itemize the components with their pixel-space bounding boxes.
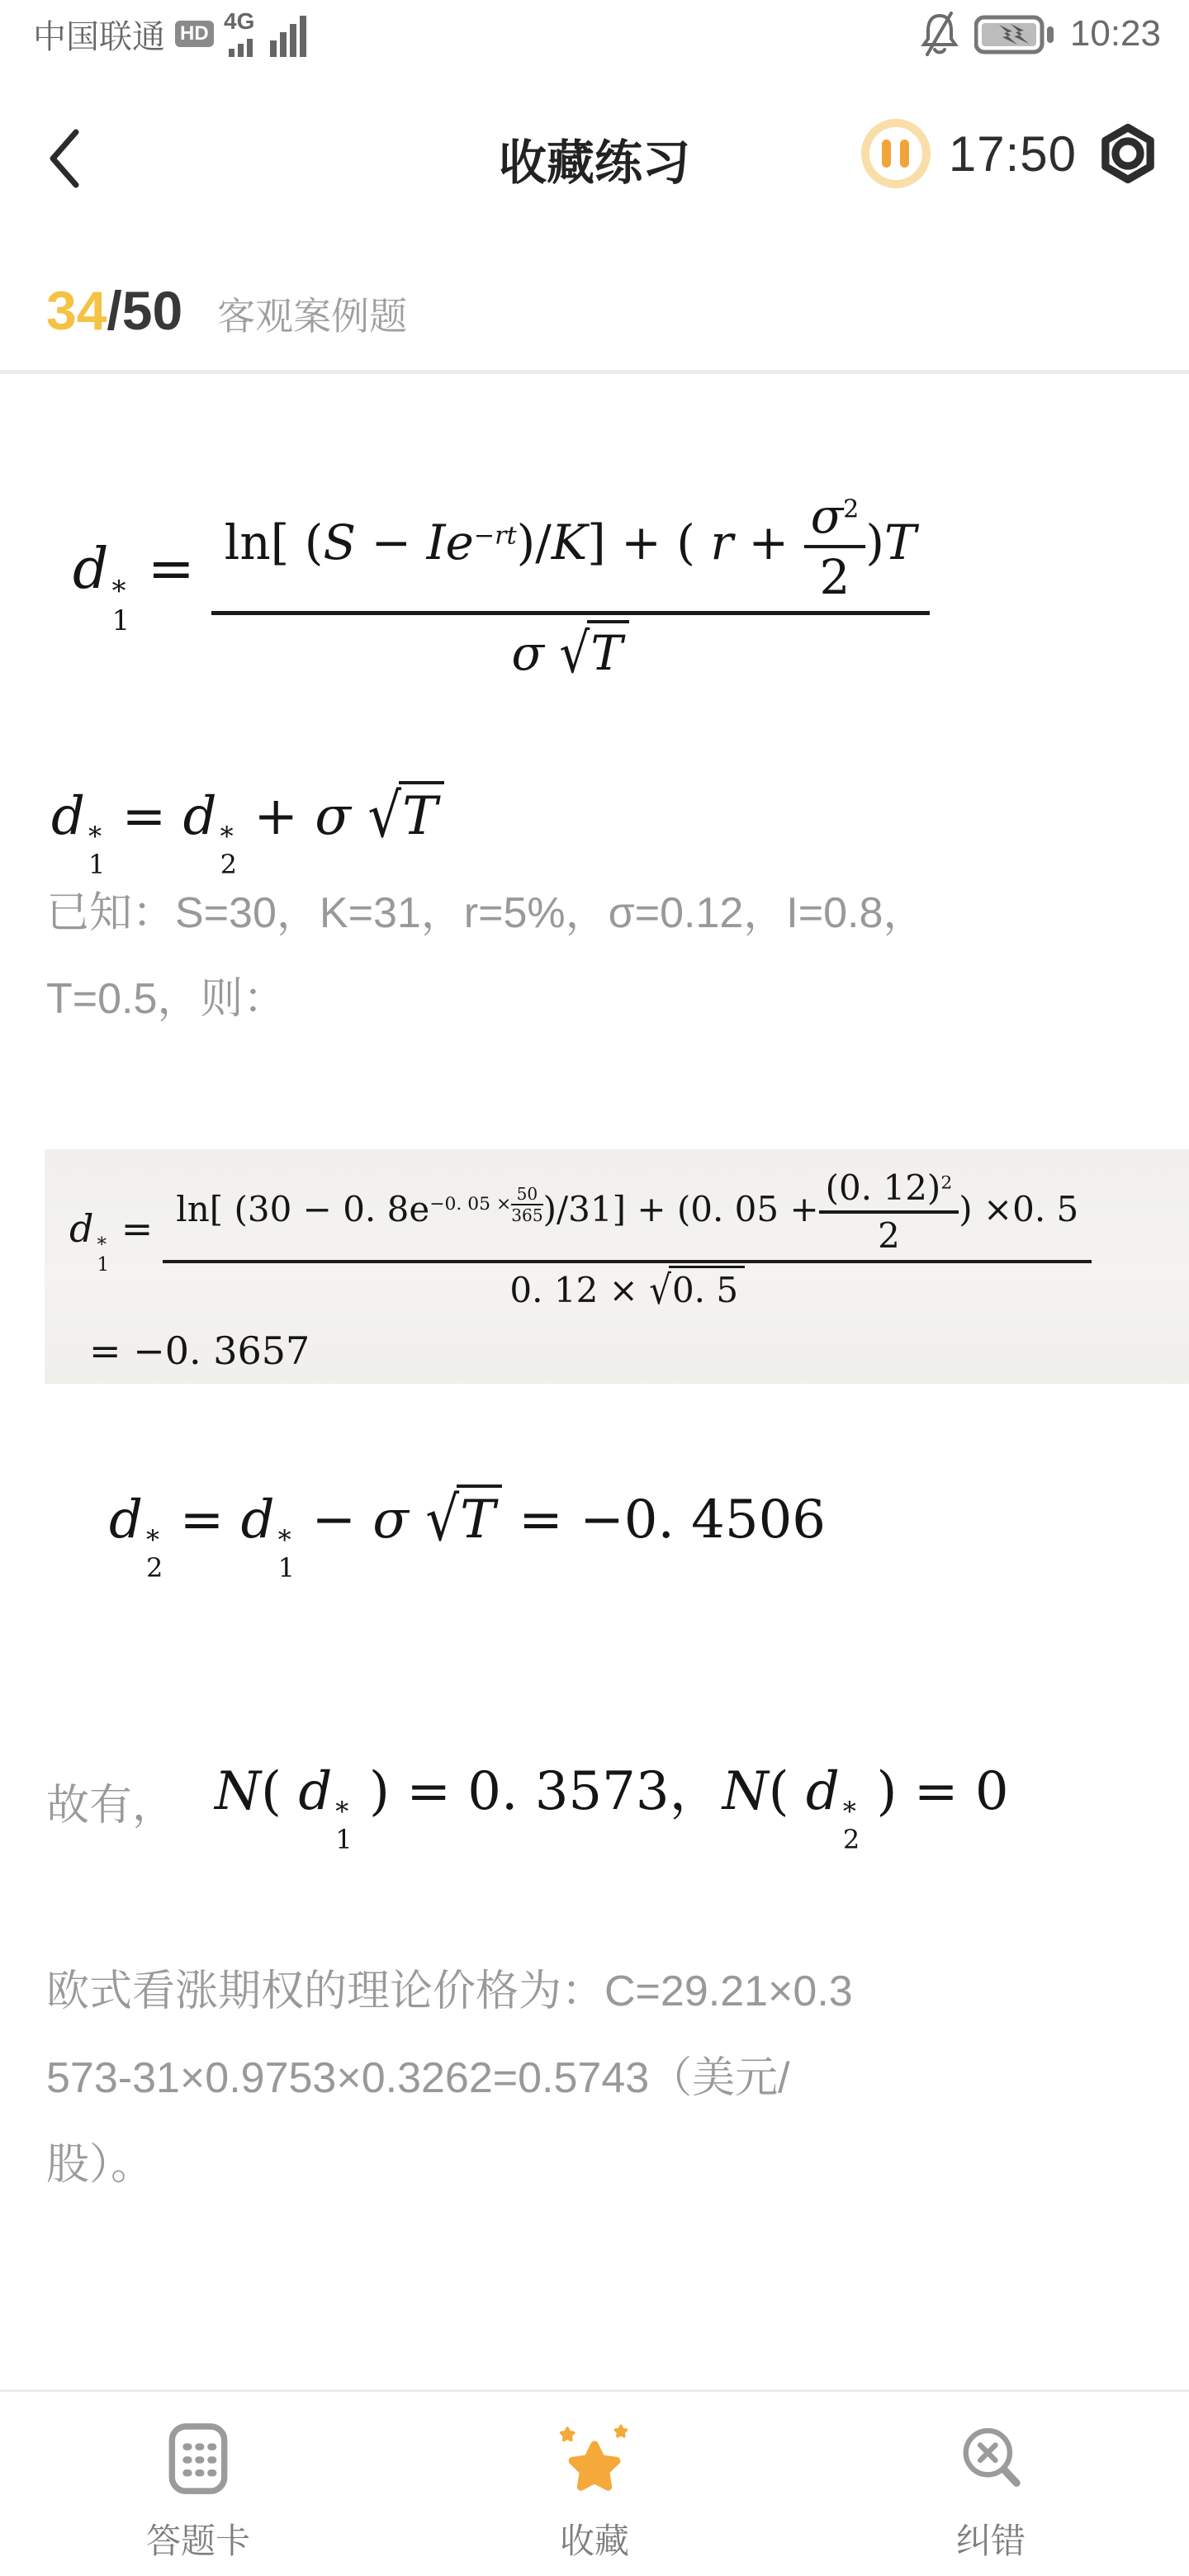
f1-eq: = (148, 537, 195, 602)
scan-p3: ) ×0. 5 (959, 1189, 1078, 1229)
f1-m1: )/ (517, 514, 552, 571)
pause-icon (882, 140, 891, 168)
f4-substack2: *2 (843, 1798, 860, 1854)
scan-d: d (69, 1206, 93, 1251)
radical-sign: √ (559, 621, 590, 685)
scan-p2: )/31] + (0. 05 + (543, 1189, 819, 1229)
f4-d1: d (298, 1761, 332, 1822)
f3-d1: d (241, 1489, 275, 1551)
tab-correction[interactable]: 纠错 (793, 2392, 1189, 2576)
scan-exp-num: 50 (511, 1186, 542, 1205)
f1-m2: ] + ( (587, 514, 710, 571)
scan-denominator: 0. 12 × √0. 5 (163, 1263, 1092, 1310)
f3-substack: *2 (146, 1527, 163, 1582)
f3-d2: d (109, 1489, 143, 1551)
f2-radicand: T (402, 786, 438, 847)
progress-row: 34 /50 客观案例题 (46, 279, 407, 342)
f2-sup1: * (88, 823, 105, 851)
carrier-label: 中国联通 (33, 11, 165, 58)
notification-muted-bell-icon (918, 9, 961, 59)
f4-substack1: *1 (335, 1798, 352, 1854)
f4-po2: ( (769, 1761, 806, 1822)
given-line-2: T=0.5，则： (46, 956, 926, 1042)
given-values-text: 已知：S=30，K=31，r=5%，σ=0.12，I=0.8， T=0.5，则： (46, 870, 926, 1042)
svg-text:4G: 4G (224, 8, 254, 34)
radical-sign: √ (649, 1267, 671, 1313)
f1-sigma-exp: 2 (843, 495, 859, 523)
f1-substack: *1 (112, 577, 130, 636)
f3-radicand: T (460, 1489, 495, 1551)
radical-sign: √ (425, 1485, 459, 1555)
scan-if-den: 2 (819, 1214, 959, 1253)
f4-po1: ( (261, 1761, 298, 1822)
question-type-label: 客观案例题 (217, 286, 407, 341)
f2-d2: d (183, 786, 217, 847)
answer-card-icon (164, 2422, 232, 2496)
battery-charging-icon (974, 12, 1057, 56)
radical-sign: √ (367, 781, 401, 851)
scan-result: = −0. 3657 (89, 1328, 1189, 1373)
f4-sup2: * (843, 1798, 860, 1826)
f2-plus: + (253, 786, 315, 847)
tab-favorite-label: 收藏 (560, 2514, 629, 2564)
clock-label: 10:23 (1070, 13, 1161, 54)
tab-answer-card-label: 答题卡 (146, 2514, 250, 2564)
f1-d: d (73, 537, 109, 602)
scan-if-exp: 2 (940, 1172, 952, 1193)
status-right: 10:23 (918, 9, 1161, 59)
given-line-1: 已知：S=30，K=31，r=5%，σ=0.12，I=0.8， (46, 870, 926, 956)
scan-radicand: 0. 5 (669, 1266, 745, 1310)
f1-denominator: σ √T (211, 615, 930, 681)
f4-sub1: 1 (335, 1826, 352, 1854)
conclusion-row: 故有， N( d*1 ) = 0. 3573，N( d*2 ) = 0 (46, 1749, 1189, 1854)
f1-fraction: ln[ (S − Ie−rt)/K] + ( r + σ22)T σ √T (211, 492, 930, 681)
scan-p1: ln[ (30 − 0. 8e (176, 1189, 429, 1229)
f1-m4: ) (865, 514, 884, 571)
progress-total: /50 (107, 279, 182, 342)
progress-current: 34 (46, 279, 107, 342)
f1-sup: * (112, 577, 130, 607)
status-left: 中国联通 HD 4G (33, 7, 310, 60)
scan-lhs: d*1 = (69, 1206, 153, 1275)
f1-sigma: σ (811, 488, 844, 544)
scan-exp-pre: −0. 05 × (429, 1194, 511, 1215)
formula-d1-d2-relation: d*1 = d*2 + σ √T (51, 786, 444, 879)
f3-sup2: * (278, 1527, 295, 1555)
f1-v3: r (710, 514, 733, 571)
scan-den-p1: 0. 12 × (509, 1270, 649, 1310)
signal-4g-icon: 4G (224, 7, 310, 60)
scan-exponent: −0. 05 ×50365 (429, 1194, 542, 1215)
f1-exp: −rt (474, 521, 517, 550)
f3-eq: = (180, 1489, 225, 1551)
f1-numerator: ln[ (S − Ie−rt)/K] + ( r + σ22)T (211, 492, 930, 615)
scan-fraction: ln[ (30 − 0. 8e−0. 05 ×50365)/31] + (0. … (163, 1171, 1092, 1310)
pause-icon (900, 140, 909, 168)
f2-d1: d (51, 786, 85, 847)
guyou-label: 故有， (46, 1770, 175, 1832)
f3-minus: − (311, 1489, 372, 1551)
scan-substack: *1 (97, 1235, 109, 1275)
f1-lhs: d*1 = (73, 537, 195, 637)
para-line-3: 股）。 (46, 2122, 1169, 2209)
f3-substack2: *1 (278, 1527, 295, 1582)
f1-radicand: T (590, 625, 623, 681)
scan-sqrt: √0. 5 (649, 1270, 745, 1310)
f1-v1: S − Ie (323, 514, 473, 571)
scanned-formula-image: d*1 = ln[ (30 − 0. 8e−0. 05 ×50365)/31] … (45, 1149, 1189, 1384)
tab-favorite[interactable]: 收藏 (396, 2392, 793, 2576)
f1-ln: ln[ ( (225, 514, 324, 571)
f1-sub: 1 (112, 607, 130, 637)
f4-pc1: ) = 0. 3573， (353, 1761, 722, 1822)
f1-v4: T (884, 514, 917, 571)
f4-N1: N (215, 1761, 261, 1822)
navbar: 收藏练习 17:50 (0, 106, 1189, 221)
f1-m3: + (733, 514, 803, 571)
f1-sigma-den: 2 (804, 548, 866, 601)
hd-badge: HD (175, 21, 214, 47)
f3-sub1: 2 (146, 1555, 163, 1583)
nav-right: 17:50 (861, 119, 1161, 188)
scan-eq: = (121, 1206, 154, 1251)
f1-sigma-fraction: σ22 (804, 492, 866, 601)
para-line-1: 欧式看涨期权的理论价格为：C=29.21×0.3 (46, 1949, 1169, 2035)
bottom-tab-bar: 答题卡 收藏 纠错 (0, 2389, 1189, 2576)
screen: 中国联通 HD 4G (0, 0, 1189, 2576)
scan-sup: * (97, 1235, 109, 1255)
f1-sqrt: √T (559, 625, 629, 681)
scan-if-num: (0. 12) (826, 1167, 941, 1208)
status-bar: 中国联通 HD 4G (0, 0, 1189, 59)
f4-sup1: * (335, 1798, 352, 1826)
f4-sub2: 2 (843, 1826, 860, 1854)
formula-nd-values: N( d*1 ) = 0. 3573，N( d*2 ) = 0 (215, 1749, 1009, 1854)
f3-result: = −0. 4506 (519, 1489, 826, 1551)
formula-d2-result: d*2 = d*1 − σ √T = −0. 4506 (109, 1489, 826, 1583)
pause-timer-button[interactable] (861, 119, 931, 188)
error-correction-icon (955, 2422, 1027, 2496)
scan-inner-fraction: (0. 12)22 (819, 1171, 959, 1253)
f3-sigma: σ (372, 1489, 409, 1551)
f3-sup1: * (146, 1527, 163, 1555)
favorite-star-icon (557, 2422, 632, 2496)
tab-correction-label: 纠错 (956, 2514, 1026, 2564)
f2-sup2: * (220, 823, 237, 851)
f1-den-sigma: σ (511, 625, 544, 681)
f3-sqrt: √T (425, 1489, 501, 1551)
f4-d2: d (806, 1761, 840, 1822)
f2-eq: = (122, 786, 167, 847)
f4-N2: N (722, 1761, 769, 1822)
scan-exp-fraction: 50365 (511, 1186, 542, 1224)
settings-nut-icon[interactable] (1095, 121, 1161, 187)
header-divider (0, 370, 1189, 374)
f4-pc2: ) = 0 (860, 1761, 1008, 1822)
f1-v2: K (552, 514, 587, 571)
timer-label: 17:50 (949, 125, 1077, 182)
f2-sqrt: √T (367, 786, 443, 847)
f3-sub2: 1 (278, 1555, 295, 1583)
scan-exp-den: 365 (511, 1205, 542, 1224)
option-price-paragraph: 欧式看涨期权的理论价格为：C=29.21×0.3 573-31×0.9753×0… (46, 1949, 1169, 2209)
formula-d1-definition: d*1 = ln[ (S − Ie−rt)/K] + ( r + σ22)T σ… (73, 492, 930, 681)
scan-formula-row: d*1 = ln[ (30 − 0. 8e−0. 05 ×50365)/31] … (69, 1171, 1189, 1310)
scan-numerator: ln[ (30 − 0. 8e−0. 05 ×50365)/31] + (0. … (163, 1171, 1092, 1263)
f2-sigma: σ (315, 786, 351, 847)
para-line-2: 573-31×0.9753×0.3262=0.5743（美元/ (46, 2035, 1169, 2122)
tab-answer-card[interactable]: 答题卡 (0, 2392, 396, 2576)
scan-sub: 1 (97, 1255, 109, 1275)
